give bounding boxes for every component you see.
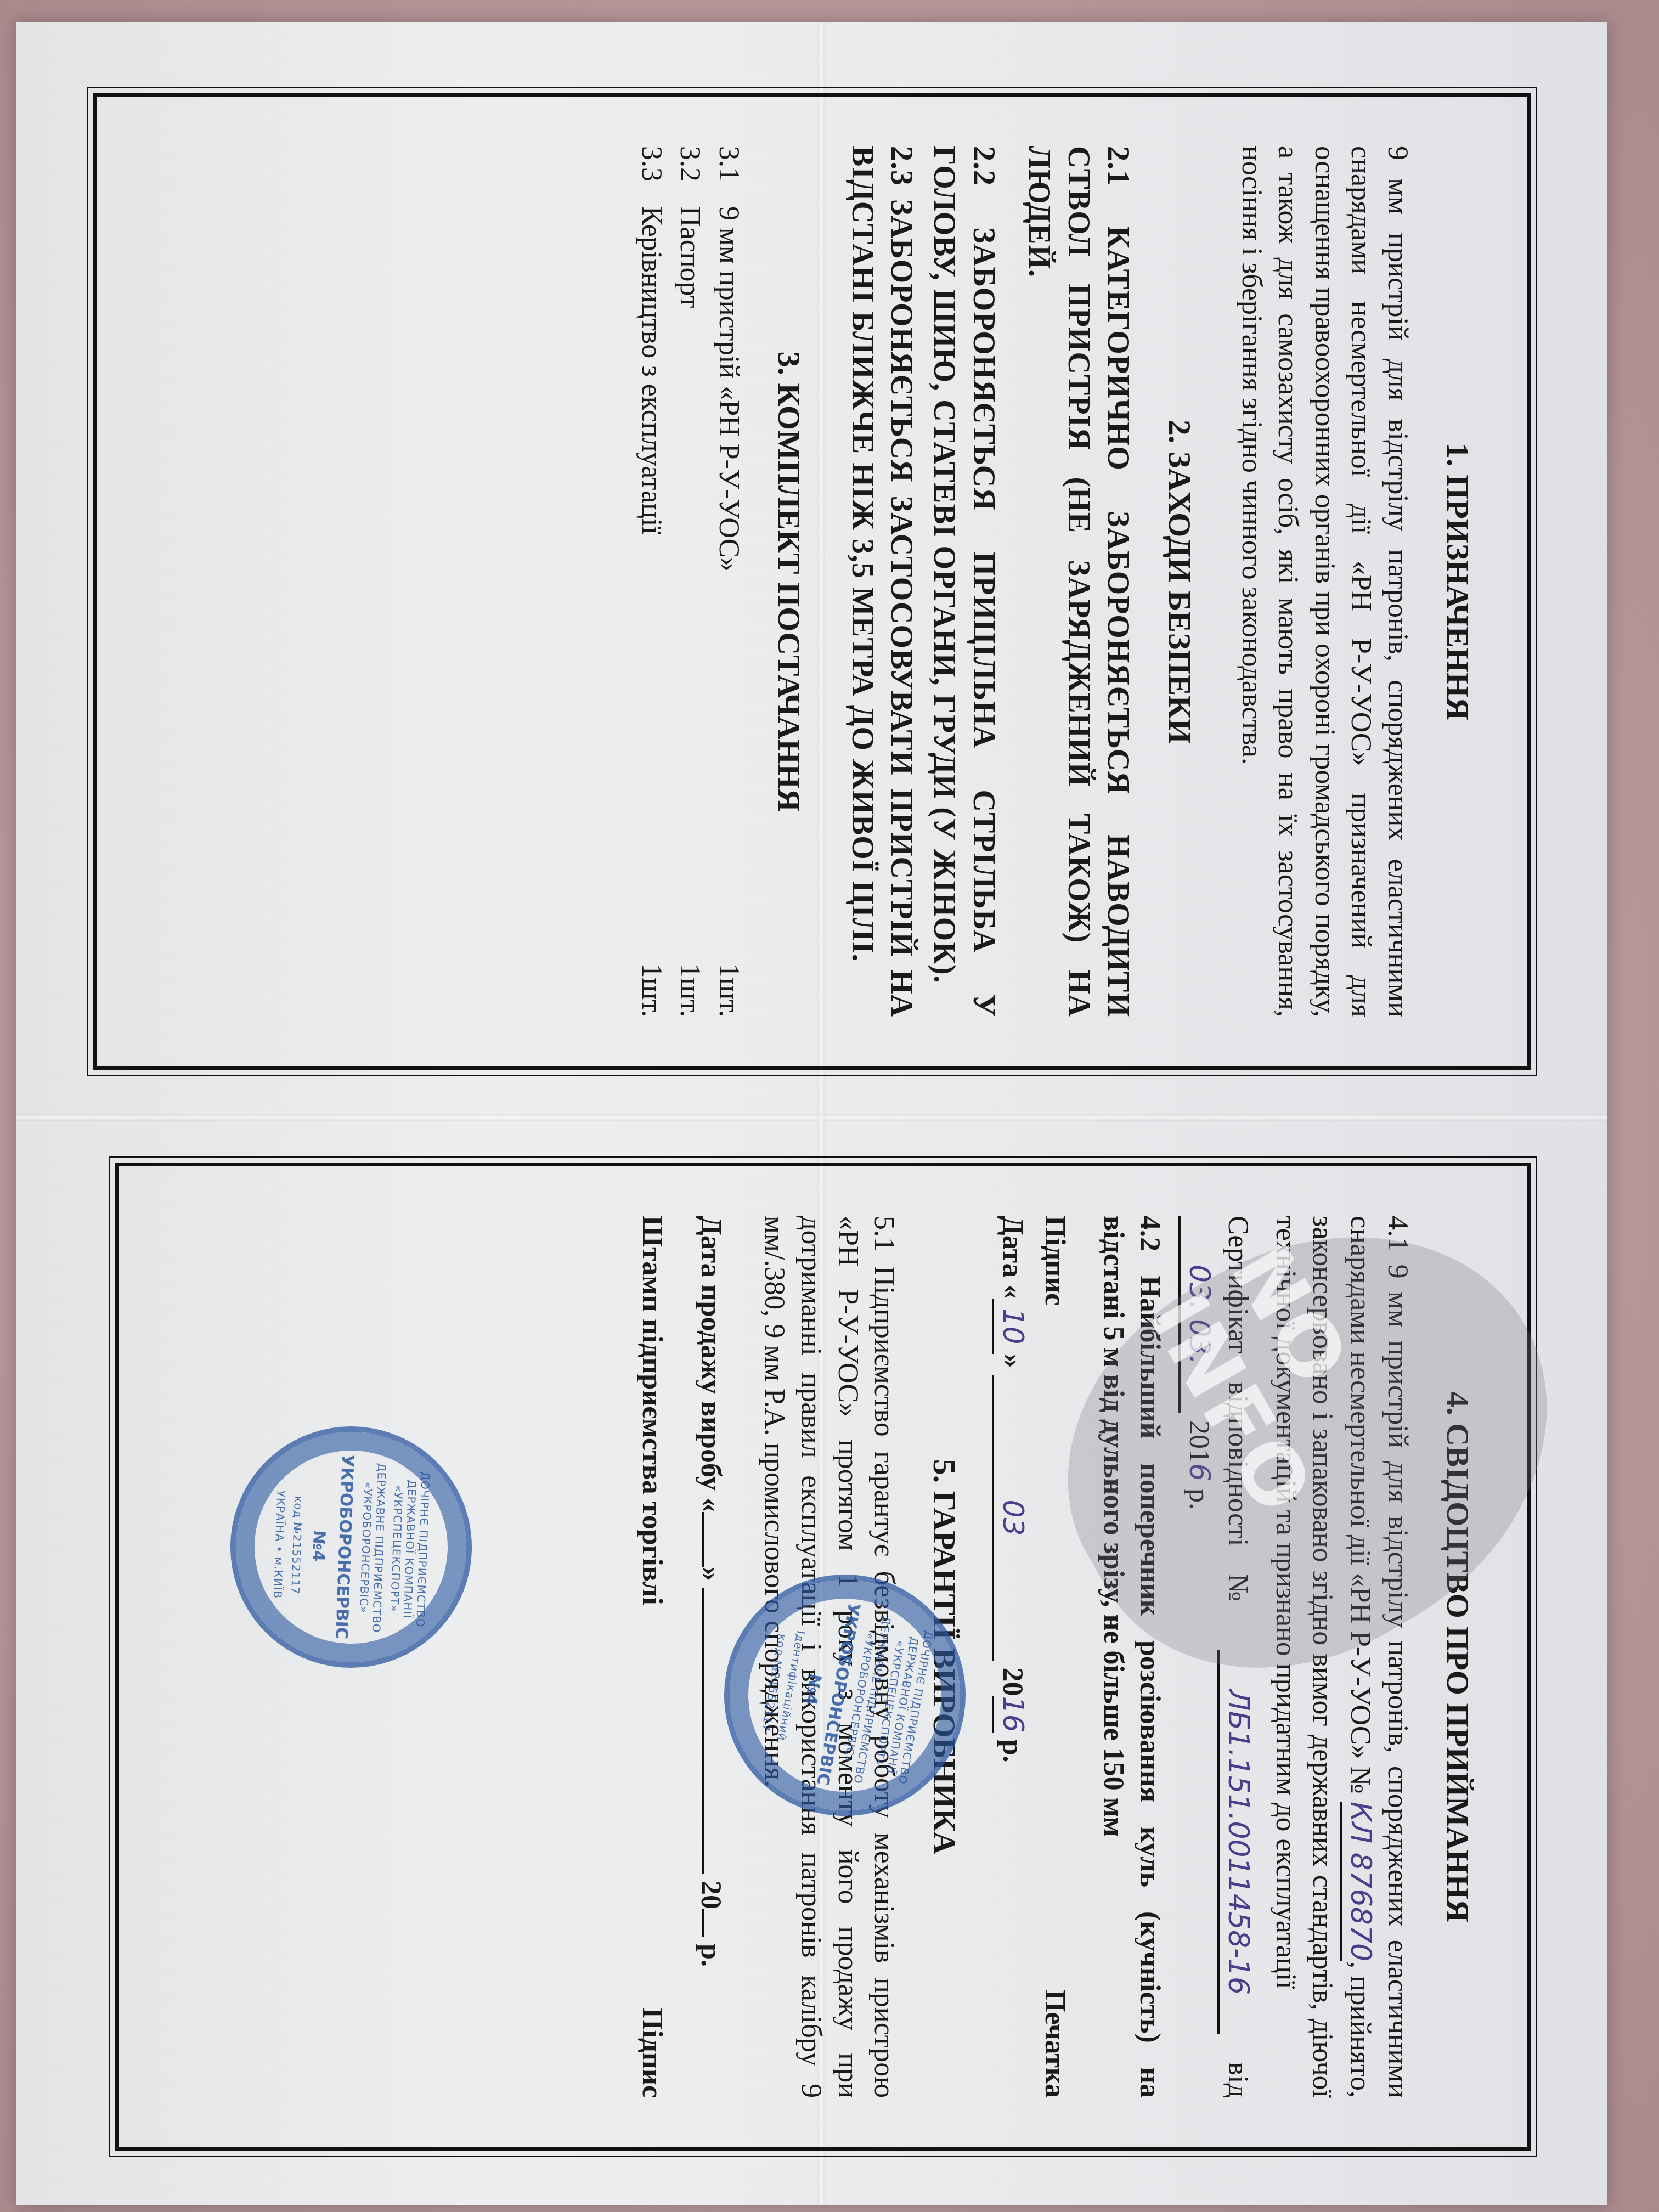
safety-item: 2.1 КАТЕГОРИЧНО ЗАБОРОНЯЄТЬСЯ НАВОДИТИ С…: [1019, 146, 1137, 1017]
acceptance-date: Дата «10» 03 2016 р.: [992, 1216, 1031, 2098]
section1-heading: 1. ПРИЗНАЧЕННЯ: [1437, 146, 1478, 1017]
sale-signature-label: Підпис: [634, 2008, 670, 2098]
section3-heading: 3. КОМПЛЕКТ ПОСТАЧАННЯ: [769, 146, 809, 1017]
list-item: 3.19 мм пристрій «РН Р-У-УОС» 1шт.: [710, 146, 747, 1017]
trade-stamp-label: Штамп підприємства торгівлі: [634, 1216, 670, 1605]
supply-list: 3.19 мм пристрій «РН Р-У-УОС» 1шт. 3.2Па…: [633, 146, 747, 1017]
safety-item: 2.2 ЗАБОРОНЯЄТЬСЯ ПРИЦІЛЬНА СТРІЛЬБА У Г…: [924, 146, 1002, 1017]
certificate-number: ЛБ1.151.0011458-16: [1217, 1650, 1256, 2034]
section1-text: 9 мм пристрій для відстрілу патронів, сп…: [1233, 146, 1415, 1017]
trade-stamp-row: Штамп підприємства торгівлі Підпис: [634, 1216, 670, 2098]
paper-fold-vertical: [16, 1114, 1607, 1121]
sale-date: Дата продажу виробу «» 20 р.: [692, 1216, 729, 2098]
seal-label: Печатка: [1036, 1990, 1073, 2098]
section2-heading: 2. ЗАХОДИ БЕЗПЕКИ: [1159, 146, 1200, 1017]
list-item: 3.2Паспорт 1шт.: [672, 146, 708, 1017]
serial-number: КЛ 876870: [1340, 1802, 1379, 1961]
signature-seal-row: Підпис Печатка: [1036, 1216, 1073, 2098]
signature-label: Підпис: [1036, 1216, 1073, 1306]
document-paper: 1. ПРИЗНАЧЕННЯ 9 мм пристрій для відстрі…: [16, 22, 1607, 2205]
safety-item: 2.3 ЗАБОРОНЯЄТЬСЯ ЗАСТОСОВУВАТИ ПРИСТРІЙ…: [842, 146, 921, 1017]
list-item: 3.3Керівництво з експлуатації 1шт.: [633, 146, 669, 1017]
